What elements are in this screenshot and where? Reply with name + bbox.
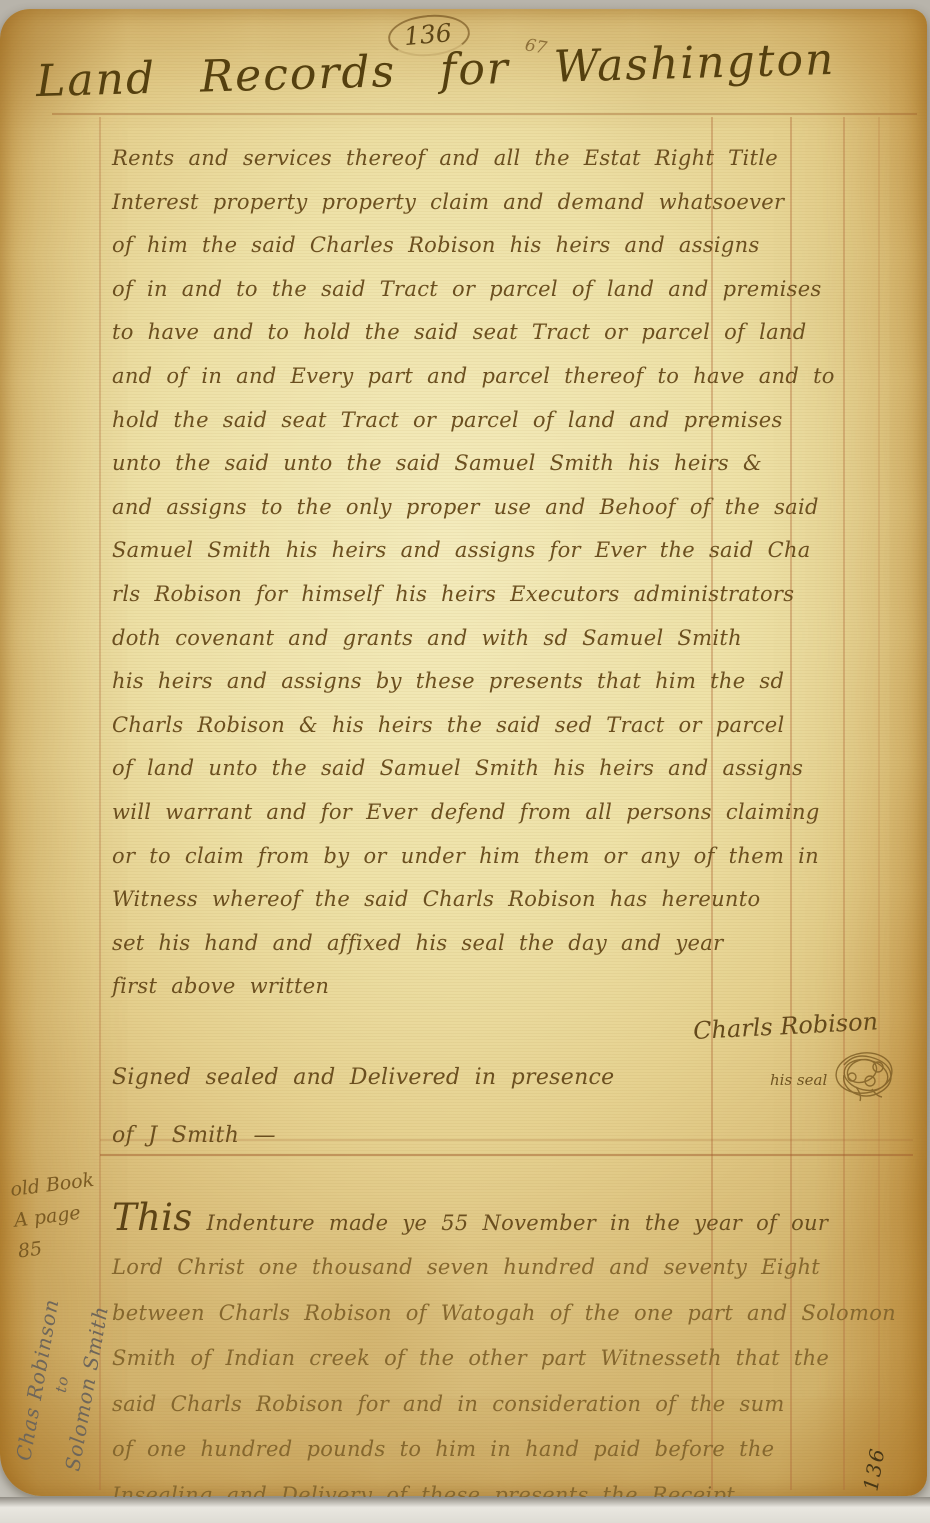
- deed2-body-text: ThisIndenture made ye 55 November in the…: [112, 1195, 912, 1518]
- text-line: said Charls Robison for and in considera…: [112, 1382, 912, 1428]
- text-line: of land unto the said Samuel Smith his h…: [112, 747, 912, 791]
- signature-charls-robison: Charls Robison: [692, 1005, 923, 1045]
- underlying-page-edge: [0, 1497, 930, 1523]
- deed2-remaining-lines: Lord Christ one thousand seven hundred a…: [112, 1245, 912, 1518]
- deed2-opening-line: ThisIndenture made ye 55 November in the…: [112, 1195, 912, 1245]
- text-line: his heirs and assigns by these presents …: [112, 660, 912, 704]
- text-line: unto the said unto the said Samuel Smith…: [112, 442, 912, 486]
- deed2-opening-word: This: [112, 1196, 193, 1239]
- text-line: Witness whereof the said Charls Robison …: [112, 878, 912, 922]
- deed1-body-text: Rents and services thereof and all the E…: [112, 137, 912, 1009]
- paper-sheet: 136 67 Land Records for Washington Rents…: [0, 9, 927, 1496]
- text-line: of J Smith —: [112, 1107, 912, 1165]
- text-line: doth covenant and grants and with sd Sam…: [112, 617, 912, 661]
- scanned-ledger-page: 136 67 Land Records for Washington Rents…: [0, 0, 930, 1523]
- text-line: between Charls Robison of Watogah of the…: [112, 1291, 912, 1337]
- text-line: Lord Christ one thousand seven hundred a…: [112, 1245, 912, 1291]
- text-line: first above written: [112, 965, 912, 1009]
- text-line: and of in and Every part and parcel ther…: [112, 355, 912, 399]
- text-line: Interest property property claim and dem…: [112, 181, 912, 225]
- text-line: Signed sealed and Delivered in presence: [112, 1049, 912, 1107]
- text-line: Charls Robison & his heirs the said sed …: [112, 704, 912, 748]
- text-line: of him the said Charles Robison his heir…: [112, 224, 912, 268]
- text-line: hold the said seat Tract or parcel of la…: [112, 399, 912, 443]
- text-line: rls Robison for himself his heirs Execut…: [112, 573, 912, 617]
- page-title: Land Records for Washington: [35, 34, 836, 107]
- text-line: Smith of Indian creek of the other part …: [112, 1336, 912, 1382]
- text-line: of one hundred pounds to him in hand pai…: [112, 1427, 912, 1473]
- text-line: will warrant and for Ever defend from al…: [112, 791, 912, 835]
- text-line: or to claim from by or under him them or…: [112, 835, 912, 879]
- attestation-text: Signed sealed and Delivered in presenceo…: [112, 1049, 912, 1165]
- deed2-first-line-rest: Indenture made ye 55 November in the yea…: [207, 1211, 829, 1235]
- margin-index-names: Chas Robinson to Solomon Smith: [0, 1239, 129, 1523]
- header-rule: [52, 113, 917, 115]
- text-line: Samuel Smith his heirs and assigns for E…: [112, 529, 912, 573]
- text-line: of in and to the said Tract or parcel of…: [112, 268, 912, 312]
- text-line: and assigns to the only proper use and B…: [112, 486, 912, 530]
- text-line: to have and to hold the said seat Tract …: [112, 311, 912, 355]
- text-line: set his hand and affixed his seal the da…: [112, 922, 912, 966]
- text-line: Rents and services thereof and all the E…: [112, 137, 912, 181]
